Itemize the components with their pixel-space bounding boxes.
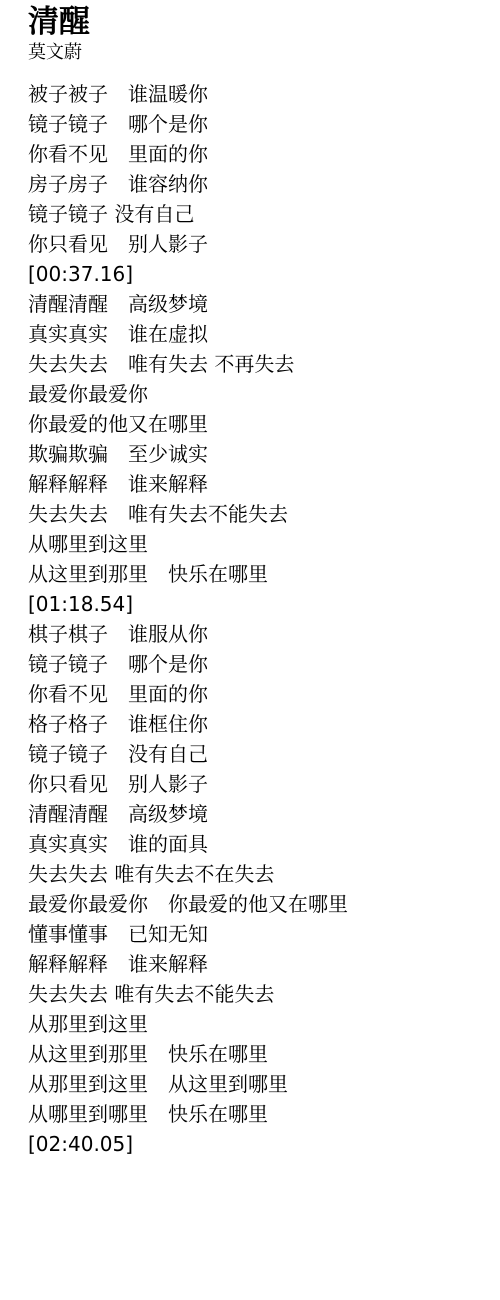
- lyric-line: 懂事懂事 已知无知: [28, 919, 490, 949]
- lyric-line: 镜子镜子 哪个是你: [28, 109, 490, 139]
- lyric-line: 房子房子 谁容纳你: [28, 169, 490, 199]
- lyric-line: 你看不见 里面的你: [28, 139, 490, 169]
- lyric-line: 失去失去 唯有失去不在失去: [28, 859, 490, 889]
- lyric-line: 你只看见 别人影子: [28, 229, 490, 259]
- lyric-line: 欺骗欺骗 至少诚实: [28, 439, 490, 469]
- lyric-line: 最爱你最爱你 你最爱的他又在哪里: [28, 889, 490, 919]
- lyric-line: 清醒清醒 高级梦境: [28, 799, 490, 829]
- lyric-line: 镜子镜子 哪个是你: [28, 649, 490, 679]
- lyric-line: 从哪里到这里: [28, 529, 490, 559]
- lyrics-page: 清醒 莫文蔚 被子被子 谁温暖你镜子镜子 哪个是你你看不见 里面的你房子房子 谁…: [0, 0, 500, 1159]
- lyric-line: 你看不见 里面的你: [28, 679, 490, 709]
- lyric-line: 解释解释 谁来解释: [28, 949, 490, 979]
- lyric-line: 清醒清醒 高级梦境: [28, 289, 490, 319]
- artist-name: 莫文蔚: [28, 42, 490, 64]
- lyric-line: 从这里到那里 快乐在哪里: [28, 559, 490, 589]
- lyric-line: 你最爱的他又在哪里: [28, 409, 490, 439]
- lyrics-body: 被子被子 谁温暖你镜子镜子 哪个是你你看不见 里面的你房子房子 谁容纳你镜子镜子…: [28, 79, 490, 1159]
- lyric-line: 从那里到这里: [28, 1009, 490, 1039]
- lyric-line: 真实真实 谁在虚拟: [28, 319, 490, 349]
- lyric-line: 被子被子 谁温暖你: [28, 79, 490, 109]
- lyric-line: 真实真实 谁的面具: [28, 829, 490, 859]
- lyric-line: [01:18.54]: [28, 589, 490, 619]
- lyric-line: 从那里到这里 从这里到哪里: [28, 1069, 490, 1099]
- lyric-line: [00:37.16]: [28, 259, 490, 289]
- lyric-line: 失去失去 唯有失去不能失去: [28, 979, 490, 1009]
- lyric-line: 最爱你最爱你: [28, 379, 490, 409]
- lyric-line: 镜子镜子 没有自己: [28, 199, 490, 229]
- lyric-line: 你只看见 别人影子: [28, 769, 490, 799]
- lyric-line: 失去失去 唯有失去不能失去: [28, 499, 490, 529]
- lyric-line: 失去失去 唯有失去 不再失去: [28, 349, 490, 379]
- lyric-line: 从这里到那里 快乐在哪里: [28, 1039, 490, 1069]
- lyric-line: 从哪里到哪里 快乐在哪里: [28, 1099, 490, 1129]
- song-title: 清醒: [28, 2, 490, 42]
- lyric-line: 镜子镜子 没有自己: [28, 739, 490, 769]
- lyric-line: 棋子棋子 谁服从你: [28, 619, 490, 649]
- lyric-line: 格子格子 谁框住你: [28, 709, 490, 739]
- lyric-line: 解释解释 谁来解释: [28, 469, 490, 499]
- lyric-line: [02:40.05]: [28, 1129, 490, 1159]
